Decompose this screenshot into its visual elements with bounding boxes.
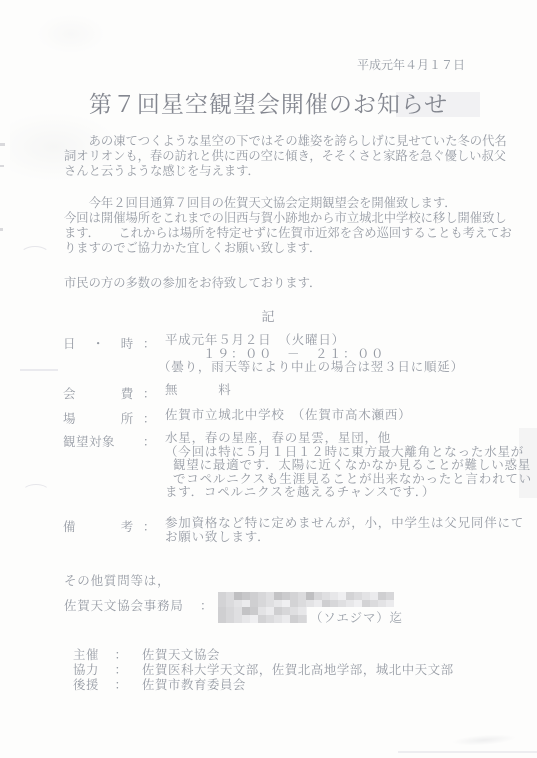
contact-lead: その他質問等は， [64,571,170,589]
scan-artifact [0,143,5,146]
paragraph-line: ます． これからは場所を特定せずに佐賀市近郊を含め巡回することも考えてお [64,226,512,241]
label-char: 費 [121,384,134,402]
detail-label: 備 考 [63,517,134,544]
credits-block: 主催 ： 佐賀天文協会 協力 ： 佐賀医科大学天文部，佐賀北高地学部，城北中天文… [73,648,454,693]
detail-colon: ： [134,432,165,500]
detail-line: 佐賀市立城北中学校 （佐賀市高木瀬西） [165,409,411,423]
credit-value: 佐賀天文協会 [142,648,220,663]
credit-row-cooperation: 協力 ： 佐賀医科大学天文部，佐賀北高地学部，城北中天文部 [73,663,454,678]
detail-colon: ： [134,384,165,402]
label-char: 時 [121,334,134,375]
paragraph-line: さんと云うような感じを与えます． [64,164,507,179]
invitation-line: 市民の方の多数の参加をお待致しております． [64,273,321,291]
credit-value: 佐賀医科大学天文部，佐賀北高地学部，城北中天文部 [142,663,454,678]
detail-line: 無 料 [165,384,232,398]
scan-artifact [0,165,4,167]
credit-colon: ： [100,663,142,678]
credit-value: 佐賀市教育委員会 [142,678,246,693]
scanned-document-page: 平成元年４月１７日 第７回星空観望会開催のお知らせ あの凍てつくような星空の下で… [0,0,537,758]
paragraph-line: りますのでご協力かた宜しくお願い致します． [64,241,512,256]
announcement-paragraph: 今年２回目通算７回目の佐賀天文協会定期観望会を開催致します． 今回は開催場所をこ… [64,196,512,256]
scan-artifact [36,14,106,54]
label-char: 会 [63,384,76,402]
paragraph-line: 今回は開催場所をこれまでの旧西与賀小跡地から市立城北中学校に移し開催致し [64,211,512,226]
detail-row-datetime: 日 ・ 時 ： 平成元年５月２日 （火曜日） １９：００ － ２１：００ （曇り… [63,334,464,375]
label-char: 備 [63,517,76,544]
credit-label: 後援 [73,678,100,693]
contact-office-label: 佐賀天文協会事務局 [64,596,184,614]
detail-row-notes: 備 考 ： 参加資格など特に定めませんが，小，中学生は父兄同伴にて お願い致しま… [63,517,524,544]
label-char: 考 [121,517,134,544]
detail-line: 観望に最適です．太陽に近くなかなか見ることが難しい惑星 [165,459,532,473]
credit-label: 主催 [73,648,100,663]
detail-row-fee: 会 費 ： 無 料 [63,384,232,402]
detail-line: ます．コペルニクスを越えるチャンスです．） [165,486,532,500]
label-char: 場 [63,409,76,427]
paragraph-line: 今年２回目通算７回目の佐賀天文協会定期観望会を開催致します． [64,196,512,211]
detail-line: 水星，春の星座，春の星雲，星団，他 [165,432,532,446]
label-char: 所 [121,409,134,427]
document-date: 平成元年４月１７日 [357,56,465,73]
detail-value: 平成元年５月２日 （火曜日） １９：００ － ２１：００ （曇り，雨天等により中… [165,334,464,375]
detail-colon: ： [134,517,165,544]
scan-artifact [22,484,50,500]
detail-line: （曇り，雨天等により中止の場合は翌３日に順延） [158,361,464,375]
detail-line: 参加資格など特に定めませんが，小，中学生は父兄同伴にて [165,517,524,531]
credit-colon: ： [100,678,142,693]
label-char: 日 [63,334,76,375]
redacted-contact-mosaic [218,607,307,623]
detail-label: 会 費 [63,384,134,402]
detail-label: 場 所 [63,409,134,427]
label-char: ・ [92,334,105,375]
credit-colon: ： [100,648,142,663]
redacted-contact-mosaic [218,592,394,607]
kiji-heading: 記 [0,306,537,325]
scan-artifact [0,228,3,231]
scan-artifact [452,733,517,747]
paragraph-line: 詞オリオンも，春の訪れと供に西の空に傾き，そそくさと家路を急ぐ優しい叔父 [64,149,507,164]
document-title: 第７回星空観望会開催のお知らせ [0,86,537,119]
scan-artifact [20,246,50,264]
detail-label: 観望対象 [63,432,134,500]
credit-row-host: 主催 ： 佐賀天文協会 [73,648,454,663]
contact-person-note: （ソエジマ）迄 [310,608,403,626]
scan-artifact [20,369,58,371]
paragraph-line: あの凍てつくような星空の下ではその雄姿を誇らしげに見せていた冬の代名 [64,134,507,149]
credit-label: 協力 [73,663,100,678]
contact-colon: ： [200,596,213,614]
scan-artifact [398,751,537,753]
intro-paragraph: あの凍てつくような星空の下ではその雄姿を誇らしげに見せていた冬の代名 詞オリオン… [64,134,507,179]
detail-colon: ： [134,409,165,427]
detail-label: 日 ・ 時 [63,334,134,375]
detail-line: 平成元年５月２日 （火曜日） [165,334,464,348]
detail-row-place: 場 所 ： 佐賀市立城北中学校 （佐賀市高木瀬西） [63,409,411,427]
detail-line: お願い致します． [165,531,524,545]
detail-row-targets: 観望対象 ： 水星，春の星座，春の星雲，星団，他 （今回は特に５月１日１２時に東… [63,432,532,500]
credit-row-support: 後援 ： 佐賀市教育委員会 [73,678,454,693]
